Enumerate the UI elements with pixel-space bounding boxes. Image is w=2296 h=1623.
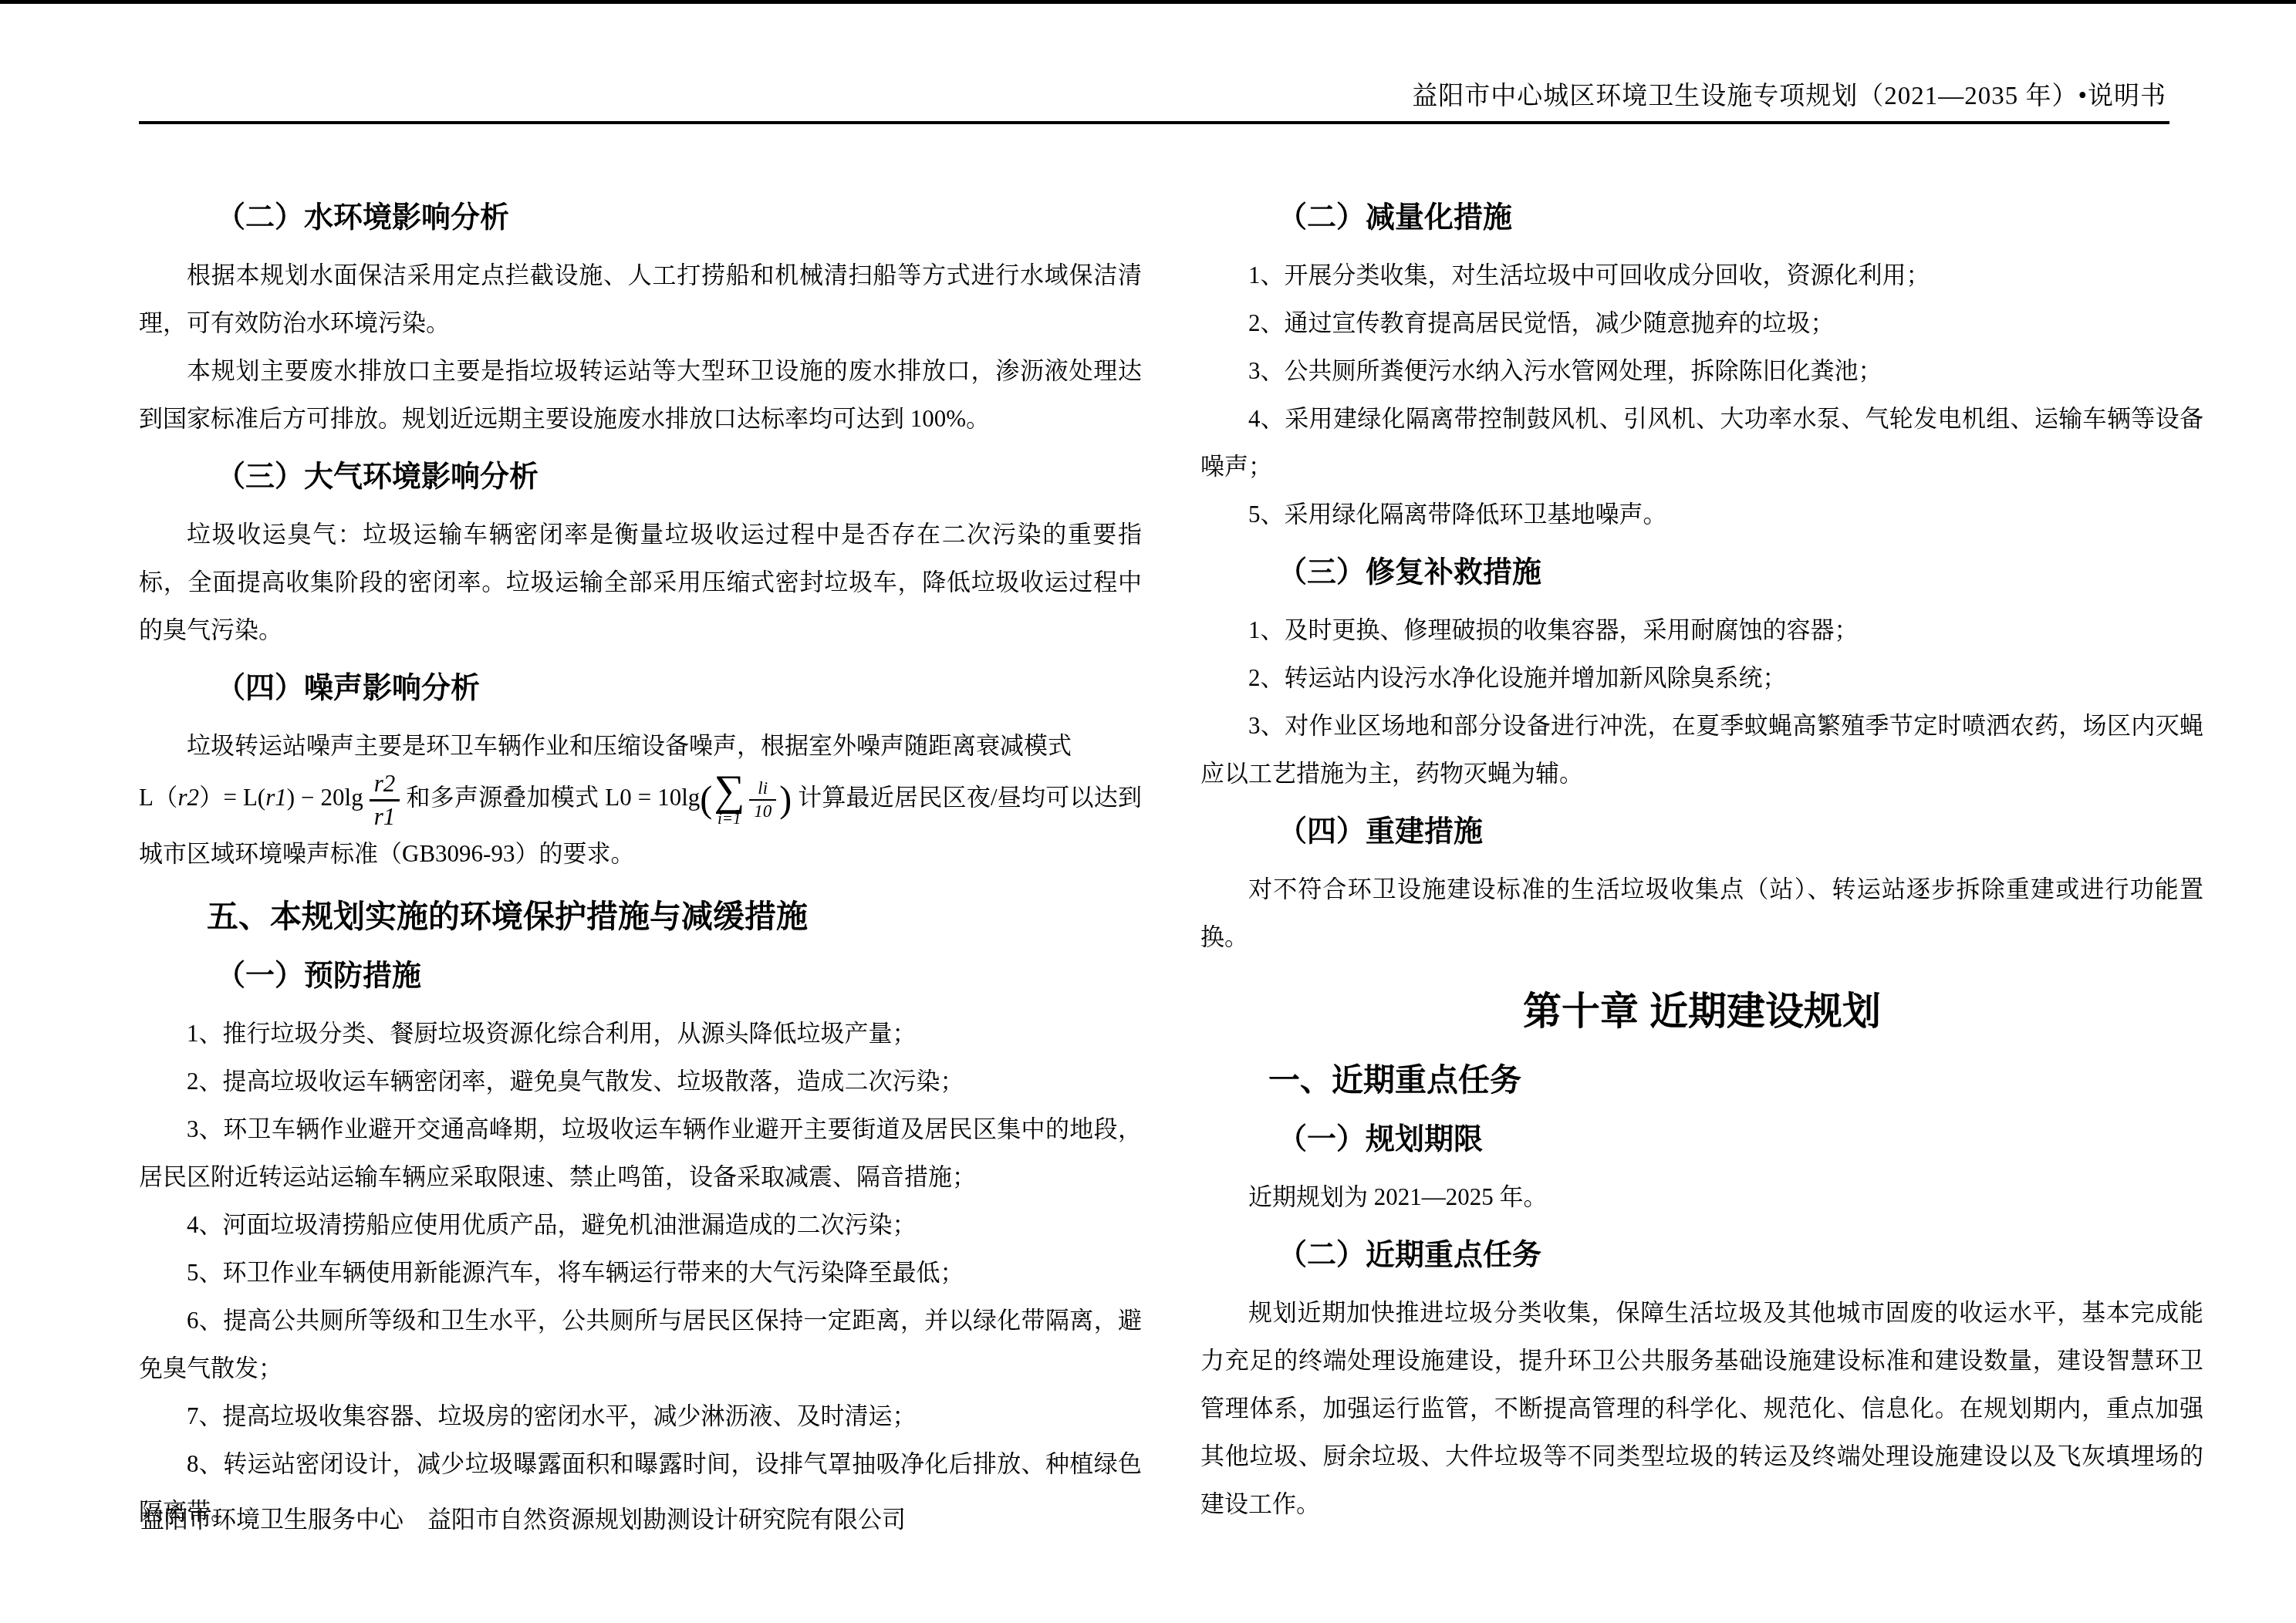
- document-page: 益阳市中心城区环境卫生设施专项规划（2021—2035 年）•说明书 （二）水环…: [0, 0, 2296, 1623]
- reduction-item: 1、开展分类收集，对生活垃圾中可回收成分回收，资源化利用；: [1200, 251, 2203, 299]
- section-heading-near-term-tasks: 一、近期重点任务: [1200, 1058, 2203, 1102]
- noise-attenuation-formula: L（r2）= L(r1) − 20lgr2r1和多声源叠加模式 L0 = 10l…: [139, 770, 1142, 878]
- chapter-heading-near-term-plan: 第十章 近期建设规划: [1200, 984, 2203, 1038]
- section-heading-restoration-measures: （三）修复补救措施: [1200, 552, 2203, 592]
- section-heading-prevention-measures: （一）预防措施: [139, 956, 1142, 996]
- prevention-item: 2、提高垃圾收运车辆密闭率，避免臭气散发、垃圾散落，造成二次污染；: [139, 1058, 1142, 1105]
- reduction-item: 5、采用绿化隔离带降低环卫基地噪声。: [1200, 491, 2203, 538]
- formula-term: L（: [139, 784, 177, 811]
- header-title: 益阳市中心城区环境卫生设施专项规划（2021—2035 年）•说明书: [1412, 76, 2166, 112]
- restoration-item: 2、转运站内设污水净化设施并增加新风除臭系统；: [1200, 654, 2203, 702]
- prevention-item: 1、推行垃圾分类、餐厨垃圾资源化综合利用，从源头降低垃圾产量；: [139, 1010, 1142, 1058]
- scan-edge-artifact: [0, 0, 2296, 4]
- section-heading-air-env-analysis: （三）大气环境影响分析: [139, 457, 1142, 497]
- formula-variable-r1: r1: [265, 784, 287, 811]
- section-heading-near-term-key-tasks: （二）近期重点任务: [1200, 1235, 2203, 1275]
- page-footer: 益阳市环境卫生服务中心 益阳市自然资源规划勘测设计研究院有限公司: [140, 1500, 906, 1534]
- summation-symbol: ∑i=1: [714, 772, 745, 828]
- header-rule: [139, 121, 2169, 124]
- formula-term: ）= L(: [199, 784, 265, 811]
- prevention-item: 4、河面垃圾清捞船应使用优质产品，避免机油泄漏造成的二次污染；: [139, 1201, 1142, 1249]
- prevention-item: 7、提高垃圾收集容器、垃圾房的密闭水平，减少淋沥液、及时清运；: [139, 1392, 1142, 1440]
- formula-term: 和多声源叠加模式 L0 = 10lg: [406, 784, 700, 811]
- formula-term: ) − 20lg: [287, 784, 363, 811]
- reduction-item: 3、公共厕所粪便污水纳入污水管网处理，拆除陈旧化粪池；: [1200, 347, 2203, 395]
- section-heading-reduction-measures: （二）减量化措施: [1200, 197, 2203, 238]
- section-heading-planning-period: （一）规划期限: [1200, 1119, 2203, 1159]
- reduction-item: 4、采用建绿化隔离带控制鼓风机、引风机、大功率水泵、气轮发电机组、运输车辆等设备…: [1200, 395, 2203, 491]
- paragraph-reconstruction: 对不符合环卫设施建设标准的生活垃圾收集点（站）、转运站逐步拆除重建或进行功能置换…: [1200, 865, 2203, 961]
- fraction-r2-over-r1: r2r1: [370, 770, 400, 830]
- section-heading-water-env-analysis: （二）水环境影响分析: [139, 197, 1142, 238]
- close-paren: ): [779, 779, 792, 820]
- paragraph-noise-intro: 垃圾转运站噪声主要是环卫车辆作业和压缩设备噪声，根据室外噪声随距离衰减模式: [139, 722, 1142, 770]
- prevention-item: 3、环卫车辆作业避开交通高峰期，垃圾收运车辆作业避开主要街道及居民区集中的地段，…: [139, 1105, 1142, 1201]
- paragraph-planning-period: 近期规划为 2021—2025 年。: [1200, 1173, 2203, 1221]
- fraction-li-over-10: li10: [749, 779, 776, 821]
- prevention-item: 5、环卫作业车辆使用新能源汽车，将车辆运行带来的大气污染降至最低；: [139, 1249, 1142, 1297]
- restoration-item: 1、及时更换、修理破损的收集容器，采用耐腐蚀的容器；: [1200, 606, 2203, 654]
- section-heading-reconstruction-measures: （四）重建措施: [1200, 811, 2203, 852]
- left-column: （二）水环境影响分析 根据本规划水面保洁采用定点拦截设施、人工打捞船和机械清扫船…: [139, 184, 1142, 1536]
- section-heading-ch5-protection-measures: 五、本规划实施的环境保护措施与减缓措施: [139, 895, 1142, 939]
- section-heading-noise-analysis: （四）噪声影响分析: [139, 668, 1142, 708]
- paragraph-near-term-key-tasks: 规划近期加快推进垃圾分类收集，保障生活垃圾及其他城市固废的收运水平，基本完成能力…: [1200, 1289, 2203, 1528]
- paragraph-air-env-1: 垃圾收运臭气：垃圾运输车辆密闭率是衡量垃圾收运过程中是否存在二次污染的重要指标，…: [139, 511, 1142, 654]
- formula-variable-r2: r2: [177, 784, 199, 811]
- paragraph-water-env-1: 根据本规划水面保洁采用定点拦截设施、人工打捞船和机械清扫船等方式进行水域保洁清理…: [139, 251, 1142, 347]
- open-paren: (: [700, 779, 712, 820]
- reduction-item: 2、通过宣传教育提高居民觉悟，减少随意抛弃的垃圾；: [1200, 299, 2203, 347]
- prevention-item: 6、提高公共厕所等级和卫生水平，公共厕所与居民区保持一定距离，并以绿化带隔离，避…: [139, 1297, 1142, 1392]
- paragraph-water-env-2: 本规划主要废水排放口主要是指垃圾转运站等大型环卫设施的废水排放口，渗沥液处理达到…: [139, 347, 1142, 443]
- right-column: （二）减量化措施 1、开展分类收集，对生活垃圾中可回收成分回收，资源化利用； 2…: [1200, 184, 2203, 1528]
- restoration-item: 3、对作业区场地和部分设备进行冲洗，在夏季蚊蝇高繁殖季节定时喷洒农药，场区内灭蝇…: [1200, 702, 2203, 798]
